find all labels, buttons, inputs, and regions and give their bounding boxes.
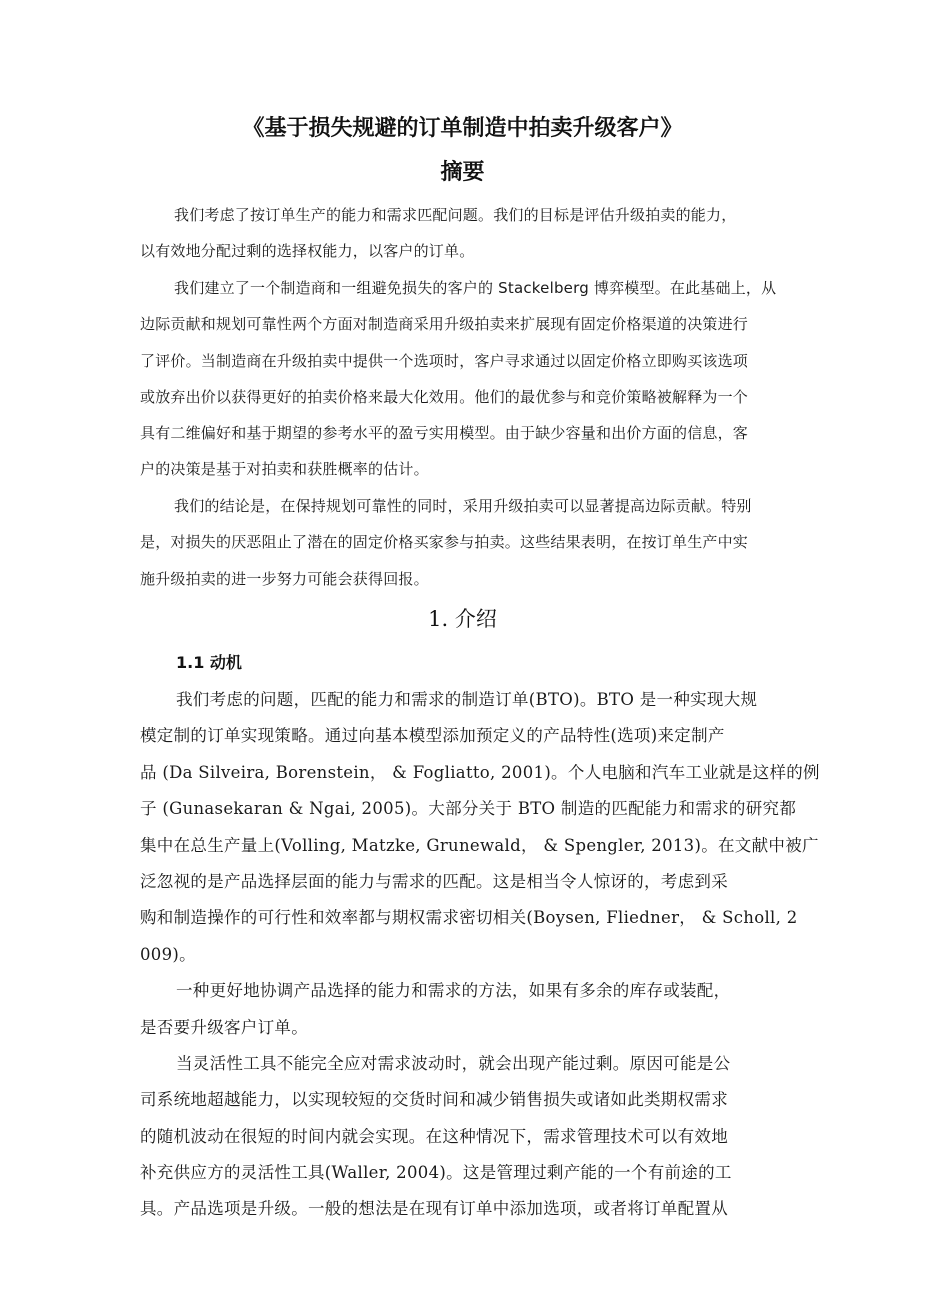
abstract-paragraph-1: 我们考虑了按订单生产的能力和需求匹配问题。我们的目标是评估升级拍卖的能力， 以有… (140, 197, 805, 270)
text-line: 是否要升级客户订单。 (140, 1010, 805, 1046)
text-line: 的随机波动在很短的时间内就会实现。在这种情况下，需求管理技术可以有效地 (140, 1119, 805, 1155)
text-line: 了评价。当制造商在升级拍卖中提供一个选项时，客户寻求通过以固定价格立即购买该选项 (140, 343, 805, 379)
text-line: 当灵活性工具不能完全应对需求波动时，就会出现产能过剩。原因可能是公 (140, 1046, 805, 1082)
text-line: 以有效地分配过剩的选择权能力，以客户的订单。 (140, 233, 805, 269)
text-line: 我们的结论是，在保持规划可靠性的同时，采用升级拍卖可以显著提高边际贡献。特别 (140, 488, 805, 524)
text-line: 泛忽视的是产品选择层面的能力与需求的匹配。这是相当令人惊讶的，考虑到采 (140, 864, 805, 900)
text-line: 子 (Gunasekaran & Ngai, 2005)。大部分关于 BTO 制… (140, 791, 805, 827)
document-title: 《基于损失规避的订单制造中拍卖升级客户》 (0, 114, 925, 144)
text-line: 司系统地超越能力，以实现较短的交货时间和减少销售损失或诸如此类期权需求 (140, 1082, 805, 1118)
abstract-heading: 摘要 (0, 158, 925, 188)
text-line: 集中在总生产量上(Volling, Matzke, Grunewald， & S… (140, 828, 805, 864)
text-line: 009)。 (140, 937, 805, 973)
document-page: 《基于损失规避的订单制造中拍卖升级客户》 摘要 我们考虑了按订单生产的能力和需求… (0, 0, 925, 1309)
text-line: 品 (Da Silveira, Borenstein， & Fogliatto,… (140, 755, 805, 791)
text-line: 或放弃出价以获得更好的拍卖价格来最大化效用。他们的最优参与和竞价策略被解释为一个 (140, 379, 805, 415)
text-line: 一种更好地协调产品选择的能力和需求的方法，如果有多余的库存或装配， (140, 973, 805, 1009)
text-line: 我们考虑的问题，匹配的能力和需求的制造订单(BTO)。BTO 是一种实现大规 (140, 682, 805, 718)
text-line: 我们建立了一个制造商和一组避免损失的客户的 Stackelberg 博弈模型。在… (140, 270, 805, 306)
text-line: 具有二维偏好和基于期望的参考水平的盈亏实用模型。由于缺少容量和出价方面的信息，客 (140, 415, 805, 451)
text-line: 具。产品选项是升级。一般的想法是在现有订单中添加选项，或者将订单配置从 (140, 1191, 805, 1227)
text-line: 购和制造操作的可行性和效率都与期权需求密切相关(Boysen, Fliedner… (140, 900, 805, 936)
text-line: 我们考虑了按订单生产的能力和需求匹配问题。我们的目标是评估升级拍卖的能力， (140, 197, 805, 233)
subsection-heading: 1.1 动机 (176, 650, 242, 676)
text-line: 是，对损失的厌恶阻止了潜在的固定价格买家参与拍卖。这些结果表明，在按订单生产中实 (140, 524, 805, 560)
text-line: 补充供应方的灵活性工具(Waller, 2004)。这是管理过剩产能的一个有前途… (140, 1155, 805, 1191)
text-line: 模定制的订单实现策略。通过向基本模型添加预定义的产品特性(选项)来定制产 (140, 718, 805, 754)
text-line: 户的决策是基于对拍卖和获胜概率的估计。 (140, 451, 805, 487)
text-line: 施升级拍卖的进一步努力可能会获得回报。 (140, 561, 805, 597)
abstract-paragraph-3: 我们的结论是，在保持规划可靠性的同时，采用升级拍卖可以显著提高边际贡献。特别 是… (140, 488, 805, 597)
text-line: 边际贡献和规划可靠性两个方面对制造商采用升级拍卖来扩展现有固定价格渠道的决策进行 (140, 306, 805, 342)
section-heading: 1. 介绍 (0, 603, 925, 635)
abstract-paragraph-2: 我们建立了一个制造商和一组避免损失的客户的 Stackelberg 博弈模型。在… (140, 270, 805, 488)
intro-paragraph-1: 我们考虑的问题，匹配的能力和需求的制造订单(BTO)。BTO 是一种实现大规 模… (140, 682, 805, 1228)
